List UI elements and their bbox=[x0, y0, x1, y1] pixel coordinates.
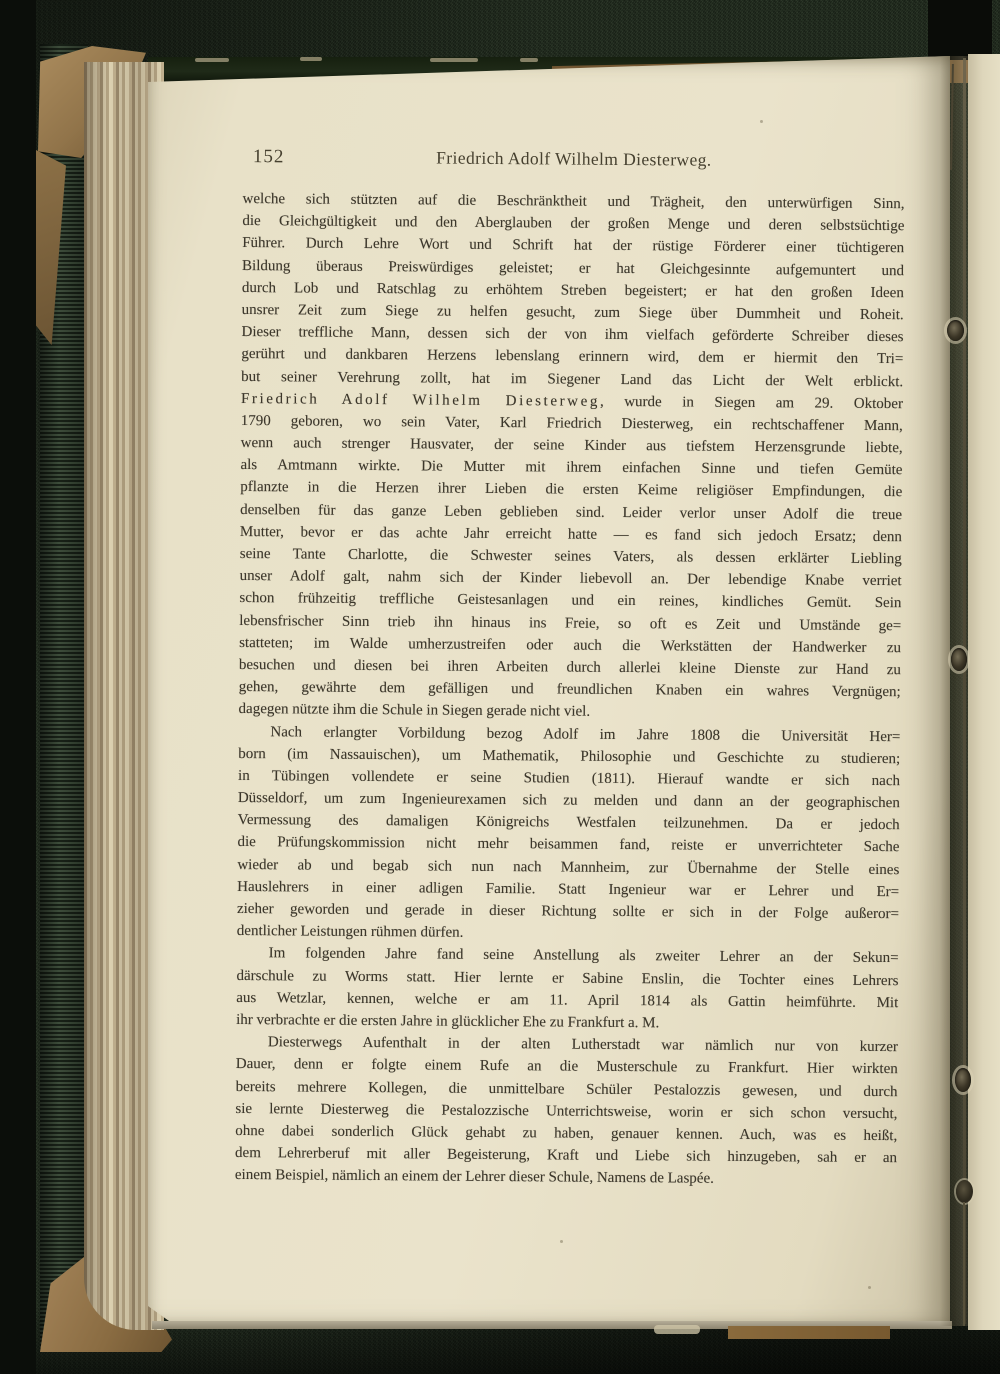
paragraph: welche sich stützten auf die Beschränkth… bbox=[238, 188, 904, 726]
text-block: welche sich stützten auf die Beschränkth… bbox=[235, 188, 905, 1192]
shadow-top-right bbox=[928, 0, 992, 60]
paragraph: Diesterwegs Aufenthalt in der alten Luth… bbox=[235, 1031, 898, 1192]
paragraph: Nach erlangter Vorbildung bezog Adolf im… bbox=[237, 720, 901, 947]
binding-crease-line bbox=[963, 58, 966, 1324]
scuff-mark bbox=[300, 57, 322, 61]
person-name-emphasis: Friedrich Adolf Wilhelm Diesterweg bbox=[241, 391, 600, 410]
sewing-hole bbox=[947, 320, 964, 341]
scuff-mark bbox=[195, 58, 229, 62]
book-scan: 152 Friedrich Adolf Wilhelm Diesterweg. … bbox=[0, 0, 1000, 1374]
printed-page-content: 152 Friedrich Adolf Wilhelm Diesterweg. … bbox=[235, 146, 905, 1192]
binding-thread-knot bbox=[956, 1180, 973, 1203]
scuff-mark bbox=[430, 58, 478, 62]
scuff-mark bbox=[520, 58, 538, 62]
page-number: 152 bbox=[253, 146, 285, 168]
worn-bottom-edge bbox=[728, 1326, 890, 1339]
dust-speck bbox=[560, 1240, 563, 1243]
running-header: Friedrich Adolf Wilhelm Diesterweg. bbox=[243, 146, 905, 172]
dust-speck bbox=[760, 120, 763, 123]
facing-page-edge bbox=[968, 54, 1000, 1330]
scuff-mark bbox=[654, 1325, 700, 1334]
sewing-hole bbox=[951, 648, 967, 671]
running-head-row: 152 Friedrich Adolf Wilhelm Diesterweg. bbox=[243, 146, 905, 177]
binding-thread-bottom bbox=[963, 1202, 965, 1326]
sewing-hole bbox=[955, 1068, 971, 1092]
paragraph: Im folgenden Jahre fand seine Anstellung… bbox=[236, 942, 899, 1036]
dust-speck bbox=[868, 1286, 871, 1289]
